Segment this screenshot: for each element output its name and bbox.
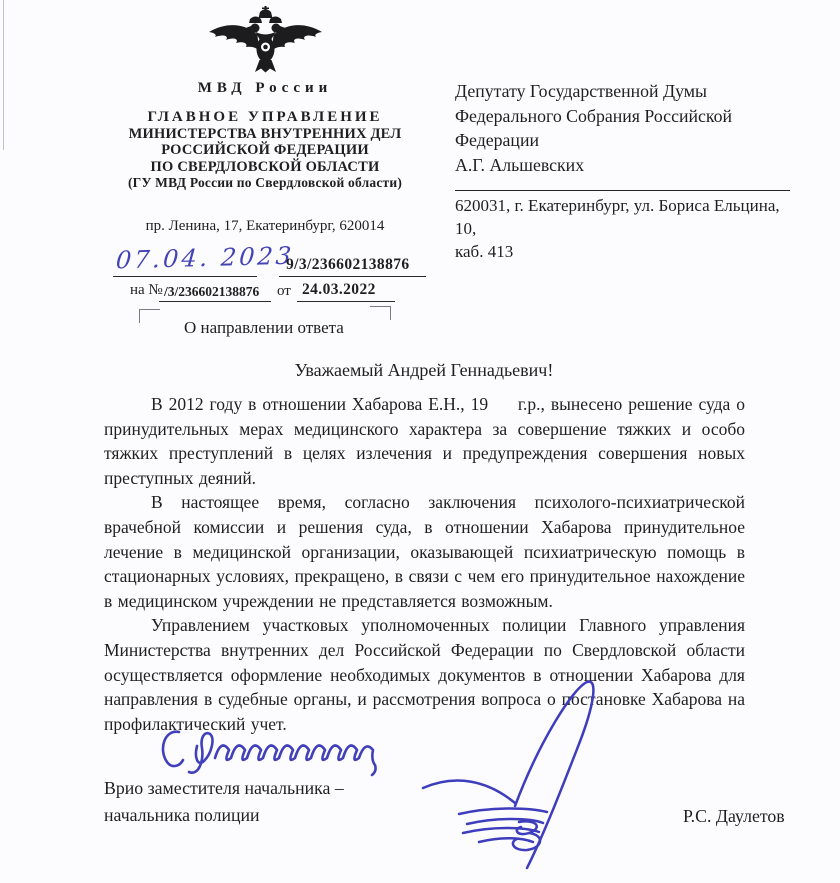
org-short-name: МВД России: [108, 80, 422, 97]
recipient-line: Федерации: [455, 128, 800, 153]
paragraph: В настоящее время, согласно заключения п…: [104, 490, 745, 613]
signer-position: Врио заместителя начальника – начальника…: [104, 775, 344, 828]
subject-line: О направлении ответа: [184, 318, 344, 338]
recipient-divider: [455, 190, 790, 191]
salutation: Уважаемый Андрей Геннадьевич!: [104, 360, 744, 381]
sender-address: пр. Ленина, 17, Екатеринбург, 620014: [108, 218, 422, 235]
outgoing-number: 9/3/236602138876: [286, 256, 410, 274]
org-line: МИНИСТЕРСТВА ВНУТРЕННИХ ДЕЛ: [108, 126, 422, 143]
reply-to-date-underline: [297, 301, 395, 302]
reply-to-label: на №: [130, 282, 163, 299]
org-line: ГЛАВНОЕ УПРАВЛЕНИЕ: [108, 109, 422, 126]
org-full-name: ГЛАВНОЕ УПРАВЛЕНИЕ МИНИСТЕРСТВА ВНУТРЕНН…: [108, 109, 422, 192]
recipient-name: А.Г. Альшевских: [455, 153, 800, 178]
recipient-address-line: 620031, г. Екатеринбург, ул. Бориса Ельц…: [455, 194, 800, 240]
from-label: от: [277, 283, 291, 300]
letterhead: МВД России ГЛАВНОЕ УПРАВЛЕНИЕ МИНИСТЕРСТ…: [108, 6, 422, 235]
handwritten-date: 07.04. 2023: [115, 242, 295, 275]
org-line: РОССИЙСКОЙ ФЕДЕРАЦИИ: [108, 142, 422, 159]
pen-signature-icon: [415, 676, 655, 874]
handwritten-closing-scribble-icon: [156, 720, 408, 778]
scan-edge-artifact: [3, 0, 4, 150]
reply-to-date: 24.03.2022: [302, 281, 376, 299]
org-line-abbrev: (ГУ МВД России по Свердловской области): [108, 175, 422, 192]
paragraph: В 2012 году в отношении Хабарова Е.Н., 1…: [104, 392, 745, 490]
scanned-letter-page: МВД России ГЛАВНОЕ УПРАВЛЕНИЕ МИНИСТЕРСТ…: [0, 0, 840, 883]
recipient-line: Федерального Собрания Российской: [455, 104, 800, 129]
corner-mark-right: [370, 306, 391, 320]
recipient-block: Депутату Государственной Думы Федерально…: [455, 79, 800, 263]
recipient-address-line: каб. 413: [455, 240, 800, 263]
org-line: ПО СВЕРДЛОВСКОЙ ОБЛАСТИ: [108, 159, 422, 176]
reply-to-number-underline: [159, 301, 271, 302]
corner-mark-left: [139, 309, 160, 323]
reply-to-number: /3/236602138876: [164, 284, 259, 300]
outgoing-number-underline: [279, 276, 426, 277]
signer-name: Р.С. Даулетов: [683, 806, 785, 827]
mvd-eagle-emblem-icon: [108, 6, 422, 76]
recipient-line: Депутату Государственной Думы: [455, 79, 800, 104]
date-underline: [113, 276, 257, 277]
signer-position-line: начальника полиции: [104, 802, 344, 829]
signer-position-line: Врио заместителя начальника –: [104, 775, 344, 802]
